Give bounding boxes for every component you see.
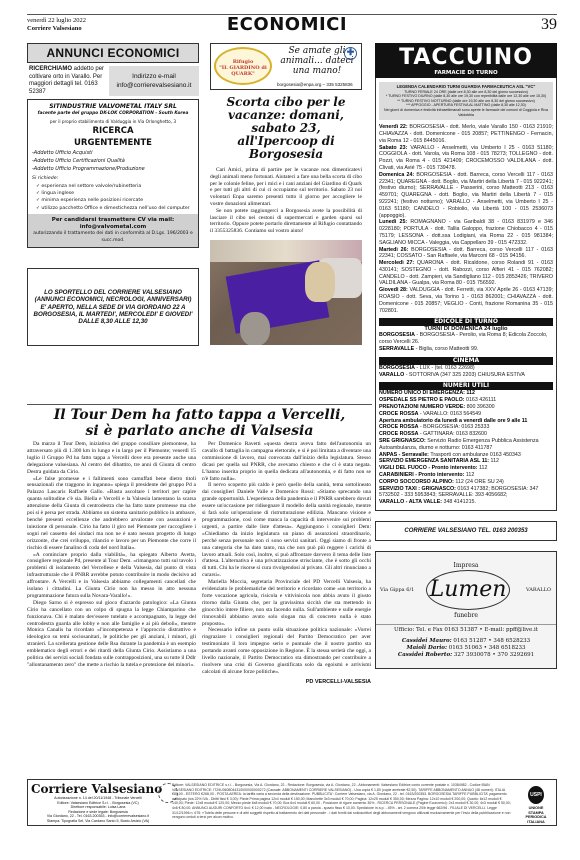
lumen-ad: Impresa Lumen Via Gippa 6/1 VARALLO fune… — [375, 551, 557, 669]
pharmacy-day: Giovedì 28: VALDUGGIA - dott. Ferretti, … — [379, 287, 553, 314]
valvo-req-head: Si richiede: — [32, 175, 194, 182]
logo-name: "IL GIARDINO di QUARK" — [216, 65, 270, 77]
lumen-impresa: Impresa — [376, 562, 556, 569]
numeri-item: CROCE ROSSA - VARALLO: 0163 564549 — [379, 411, 553, 418]
lumen-address: Via Gippa 6/1 — [380, 587, 414, 593]
giardino-quark-logo: Rifugio "IL GIARDINO di QUARK" — [214, 47, 272, 85]
numeri-item: Apertura ambulatorio da lunedì a venerdì… — [379, 418, 553, 425]
rifugio-contact: borgosesia@enpa.org – 335 5325836 — [277, 82, 353, 87]
tour-paragraph: Il nervo scoperto più caldo è però quell… — [202, 482, 371, 579]
newspaper-page: venerdì 22 luglio 2022 Corriere Valsesia… — [27, 0, 557, 860]
pharmacy-day: Martedì 26: BORGOSESIA - dott. Barreca, … — [379, 247, 553, 261]
numeri-item: VIGILI DEL FUOCO - Pronto intervento: 11… — [379, 465, 553, 472]
header-paper-name: Corriere Valsesiano — [27, 25, 86, 33]
lumen-funebre: funebre — [376, 612, 556, 619]
dog-icon — [305, 262, 335, 302]
legend-title: LEGENDA CALENDARIO TURNI GUARDIA FARMACE… — [381, 85, 551, 90]
numeri-item: OSPEDALE SS PIETRO E PAOLO: 0163 426111 — [379, 397, 553, 404]
annunci-title: ANNUNCI ECONOMICI — [27, 43, 199, 63]
numeri-item: CORPO SOCCORSO ALPINO: 112 (24 ORE SU 24… — [379, 479, 553, 486]
edicole-title: EDICOLE DI TURNO — [379, 318, 553, 326]
numeri-item: ANPAS - Serravalle: Trasporti con ambula… — [379, 452, 553, 459]
numeri-title: NUMERI UTILI — [379, 382, 553, 390]
pharmacy-day: Venerdì 22: BORGOSESIA - dott. Merlo, vi… — [379, 124, 553, 144]
cinema-item: VARALLO - SOTTORIVA (347 325 2203) CHIUS… — [379, 372, 553, 379]
left-column: ANNUNCI ECONOMICI RICERCHIAMO addetto pe… — [27, 43, 199, 346]
legend-line: Nei giorni di domenica e festività infra… — [381, 108, 551, 117]
colophon-footer: Corriere Valsesiano Autorizzazione n. 14… — [27, 779, 557, 826]
taccuino-header: TACCUINO FARMACIE DI TURNO — [375, 43, 557, 78]
scorta-headline: Scorta cibo per le vacanze: domani, saba… — [210, 96, 362, 161]
lumen-town: VARALLO — [526, 587, 551, 593]
pharmacy-day: Sabato 23: VARALLO - Anselmetti, via Umb… — [379, 145, 553, 172]
lumen-contact: Maioli Dario: 0163 51063 • 348 6518233 — [376, 645, 556, 652]
lumen-contacts: Cassidei Mauro: 0163 51287 • 348 6528233… — [376, 638, 556, 659]
pharmacy-list: Venerdì 22: BORGOSESIA - dott. Merlo, vi… — [379, 124, 553, 314]
article-rule — [27, 404, 372, 405]
tour-paragraph: «Le false promesse e i fallimenti sono c… — [27, 476, 196, 552]
tour-body: Da marzo il Tour Dem, iniziativa del gru… — [27, 441, 372, 686]
valvo-apply: Per candidarsi trasmettere CV via mail: — [30, 217, 196, 224]
footer-legal-text: Editore: VALSESIANO EDITRICE s.r.l. - Bo… — [168, 780, 516, 825]
valvo-requirement: ✓ minima esperienza nelle posizioni rice… — [32, 197, 194, 204]
lumen-contact: Cassidei Mauro: 0163 51287 • 348 6528233 — [376, 638, 556, 645]
scorta-paragraph: Cari Amici, prima di partire per le vaca… — [210, 167, 362, 208]
valvo-job: -Addetto Ufficio Programmazione/Produzio… — [32, 165, 194, 173]
numeri-item: SERVIZIO TAXI : GRIGNASCO: 0163 417382; … — [379, 486, 553, 500]
valvo-urgent: URGENTEMENTE — [32, 137, 194, 149]
ricerchiamo-text: RICERCHIAMO addetto per coltivare orto i… — [27, 66, 105, 96]
dog-icon — [240, 312, 270, 345]
numeri-item: NUMERO UNICO DI EMERGENZA: 112 — [379, 390, 553, 397]
lumen-contact: Cassidei Roberto: 327 3930078 • 370 3292… — [376, 652, 556, 659]
valvo-company: SITINDUSTRIE VALVOMETAL ITALY SRL — [32, 103, 194, 110]
page-number: 39 — [541, 16, 557, 34]
pharmacy-legend: LEGENDA CALENDARIO TURNI GUARDIA FARMACE… — [379, 82, 553, 120]
tour-paragraph: Da marzo il Tour Dem, iniziativa del gru… — [27, 441, 196, 476]
email-label: Indirizzo e-mail — [111, 72, 197, 81]
ricerchiamo-lead: RICERCHIAMO — [29, 66, 72, 72]
numeri-item: PRENOTAZIONI NUMERO VERDE: 800 396300 — [379, 404, 553, 411]
taccuino-subtitle: FARMACIE DI TURNO — [375, 70, 557, 77]
numeri-item: SERVIZIO EMERGENZA SANITARIA ASL 11: 112 — [379, 458, 553, 465]
right-column: TACCUINO FARMACIE DI TURNO LEGENDA CALEN… — [375, 43, 557, 669]
lumen-logo: Lumen — [426, 570, 510, 610]
numeri-item: CARABINIERI - Pronto intervento: 112 — [379, 472, 553, 479]
scorta-body: Cari Amici, prima di partire per le vaca… — [210, 167, 362, 235]
valvo-job: -Addetto Ufficio Certificazioni Qualità — [32, 157, 194, 165]
tour-headline-line: si è parlato anche di Valsesia — [27, 424, 372, 440]
sportello-notice: LO SPORTELLO DEL CORRIERE VALSESIANO (AN… — [27, 268, 199, 346]
pharmacy-day: Lunedì 25: ROMAGNANO - via Garibaldi 38 … — [379, 219, 553, 246]
tour-paragraph: «A cominciare proprio dalla viabilità», … — [27, 552, 196, 600]
corriere-phone-box: CORRIERE VALSESIANO TEL. 0163 200353 — [375, 521, 557, 541]
cinema-title: CINEMA — [379, 357, 553, 365]
uspi-badge: USPI UNIONE STAMPA PERIODICA ITALIANA — [516, 780, 556, 825]
numeri-item: CROCE ROSSA - GATTINARA: 0163 832600 — [379, 431, 553, 438]
valvo-requirement: ✓ lingua inglese — [32, 190, 194, 197]
tour-headline: Il Tour Dem ha fatto tappa a Vercelli, s… — [27, 408, 372, 439]
pharmacy-day: Mercoledì 27: QUARONA - dott. Ricaldone,… — [379, 260, 553, 287]
tour-paragraph: Mariella Moccia, segretaria Provinciale … — [202, 579, 371, 627]
valvo-requirement: ✓ utilizzo pacchetto Office e dimestiche… — [32, 205, 194, 212]
cinema-item: BORGOSESIA - LUX - (tel. 0163 22698) — [379, 365, 553, 372]
valvo-apply-box: Per candidarsi trasmettere CV via mail: … — [28, 214, 198, 247]
tour-paragraph: Necessario infine un punto sulla situazi… — [202, 627, 371, 675]
edicola-item: BORGOSESIA - BORGOSESIA - Perolio, via R… — [379, 332, 553, 346]
dogs-photo — [210, 240, 362, 345]
lumen-office: Ufficio: Tel. e Fax 0163 51387 • E-mail:… — [376, 624, 556, 633]
valvometal-ad: SITINDUSTRIE VALVOMETAL ITALY SRL facent… — [27, 99, 199, 248]
numeri-item: SRE GRIGNASCO: Servizio Radio Emergenza … — [379, 438, 553, 452]
valvo-requirement: ✓ esperienza nel settore valvole/rubinet… — [32, 183, 194, 190]
scorta-paragraph: Se non potete raggiungerci a Borgosesia … — [210, 208, 362, 235]
pharmacy-day: Domenica 24: BORGOSESIA - dott. Barreca,… — [379, 172, 553, 220]
valvo-ricerca: RICERCA — [32, 125, 194, 137]
tour-paragraph: Per Domenico Ravetti «questa destra avev… — [202, 441, 371, 482]
valvo-privacy: autorizzando il trattamento dei dati in … — [33, 231, 192, 243]
edicola-item: SERRAVALLE - Biglia, corso Matteotti 99. — [379, 346, 553, 353]
footer-line: Via Giordano, 22 - Tel. 0163.200353 - in… — [31, 814, 165, 819]
enpa-cross-icon: ✚ — [344, 47, 357, 60]
taccuino-box: LEGENDA CALENDARIO TURNI GUARDIA FARMACE… — [375, 78, 557, 511]
uspi-logo-icon: USPI — [528, 786, 544, 804]
valvo-job: -Addetto Ufficio Acquisti — [32, 149, 194, 157]
valvo-plant: per il proprio stabilimento di Valduggia… — [32, 118, 194, 125]
email-box: Indirizzo e-mail info@corrierevalsesiano… — [109, 66, 199, 96]
section-title: ECONOMICI — [207, 14, 367, 35]
tour-signature: PD VERCELLI-VALSESIA — [202, 679, 371, 686]
rifugio-ad: Rifugio "IL GIARDINO di QUARK" Se amate … — [210, 43, 362, 90]
anniversary-seal-icon — [158, 783, 178, 803]
footer-line: Stampa: Tipografia Sel, Via Cardano Sant… — [31, 819, 165, 824]
tour-column-2: Per Domenico Ravetti «questa destra avev… — [202, 441, 371, 686]
ricerchiamo-ad: RICERCHIAMO addetto per coltivare orto i… — [27, 66, 199, 96]
header-date: venerdì 22 luglio 2022 — [27, 17, 86, 24]
header-date-block: venerdì 22 luglio 2022 Corriere Valsesia… — [27, 17, 86, 33]
tour-paragraph: Diego Sarno si è espresso sul gioco d'az… — [27, 600, 196, 669]
footer-brand: Corriere Valsesiano Autorizzazione n. 14… — [28, 780, 168, 825]
numeri-item: VARALLO - ALTA VALLE: 348 4141215. — [379, 499, 553, 506]
valvo-group: facente parte del gruppo DK-LOK CORPORAT… — [32, 110, 194, 117]
taccuino-title: TACCUINO — [375, 46, 557, 70]
numeri-item: CROCE ROSSA - BORGOSESIA: 0163 25333 — [379, 424, 553, 431]
tour-headline-line: Il Tour Dem ha fatto tappa a Vercelli, — [27, 408, 372, 424]
email-link[interactable]: info@corrierevalsesiano.it — [111, 81, 197, 90]
footer-logo: Corriere Valsesiano — [31, 782, 165, 796]
tour-column-1: Da marzo il Tour Dem, iniziativa del gru… — [27, 441, 196, 686]
middle-column: Rifugio "IL GIARDINO di QUARK" Se amate … — [210, 43, 362, 345]
